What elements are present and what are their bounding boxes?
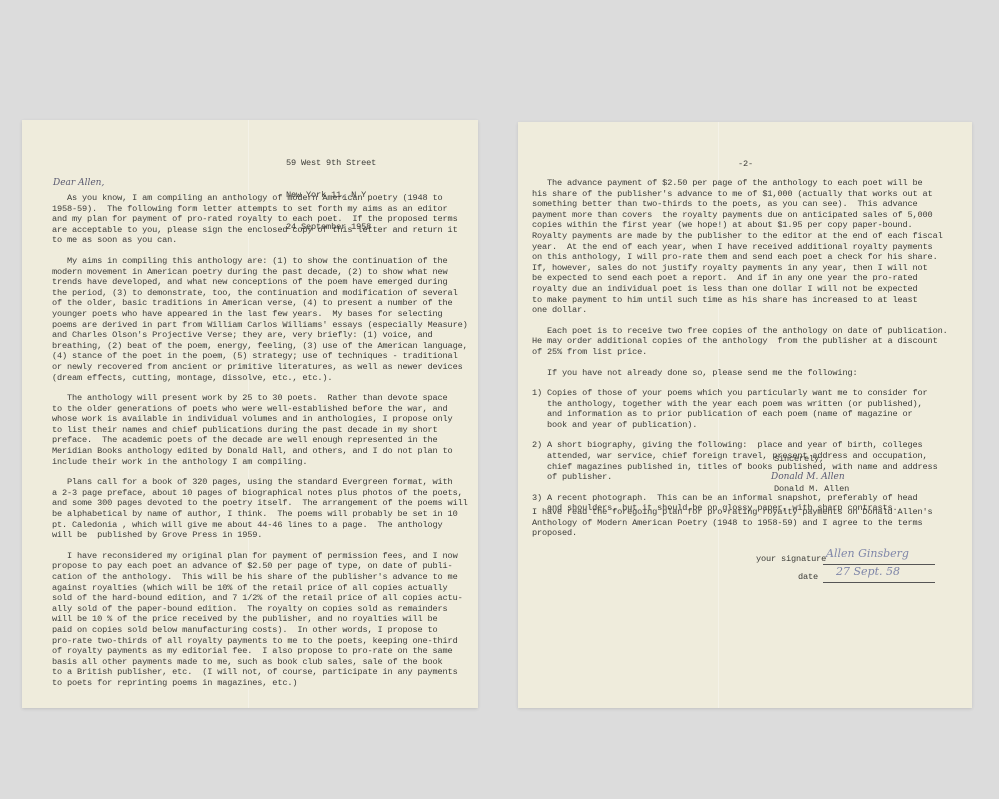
paragraph: Plans call for a book of 320 pages, usin… (52, 477, 468, 541)
text-line: If you have not already done so, please … (532, 368, 948, 379)
text-line: and information as to prior publication … (532, 409, 948, 420)
text-line: The advance payment of $2.50 per page of… (532, 178, 948, 189)
text-line: include their work in the anthology I am… (52, 457, 468, 468)
text-line: breathing, (2) beat of the poem, energy,… (52, 341, 468, 352)
text-line: to me as soon as you can. (52, 235, 468, 246)
date-line (823, 582, 935, 583)
text-line: the period, (3) to demonstrate, too, the… (52, 288, 468, 299)
paragraph: I have reconsidered my original plan for… (52, 551, 468, 689)
letter-body-page-1: As you know, I am compiling an anthology… (52, 193, 468, 689)
signature-value: Allen Ginsberg (826, 547, 909, 560)
text-line: something better than two-thirds to the … (532, 199, 948, 210)
text-line: the anthology, together with the year ea… (532, 399, 948, 410)
text-line: Royalty payments are made by the publish… (532, 231, 948, 242)
text-line: and my plan for payment of pro-rated roy… (52, 214, 468, 225)
closing: Sincerely, (774, 454, 824, 465)
handwritten-signature: Donald M. Allen (771, 472, 845, 482)
text-line: to a British publisher, etc. (I will not… (52, 667, 468, 678)
text-line: be alphabetical by name of author, I thi… (52, 509, 468, 520)
text-line: one dollar. (532, 305, 948, 316)
text-line: copies within the first year (we hope!) … (532, 220, 948, 231)
text-line: modern movement in American poetry durin… (52, 267, 468, 278)
text-line: sold of the hard-bound edition, and 7 1/… (52, 593, 468, 604)
letter-page-2: -2- The advance payment of $2.50 per pag… (518, 122, 972, 708)
text-line: and Charles Olson's Projective Verse; th… (52, 330, 468, 341)
text-line: book and year of publication). (532, 420, 948, 431)
text-line: of 25% from list price. (532, 347, 948, 358)
text-line: If, however, sales do not justify royalt… (532, 263, 948, 274)
text-line: to make payment to him until such time a… (532, 295, 948, 306)
text-line: of royalty payments as my editorial fee.… (52, 646, 468, 657)
agreement-statement: I have read the foregoing plan for pro-r… (532, 507, 933, 539)
text-line: of the older, basic traditions in Americ… (52, 298, 468, 309)
text-line: I have read the foregoing plan for pro-r… (532, 507, 933, 518)
text-line: pro-rate two-thirds of all royalty payme… (52, 636, 468, 647)
text-line: his share of the publisher's advance to … (532, 189, 948, 200)
text-line: or newly recovered from ancient or primi… (52, 362, 468, 373)
text-line: (4) stance of the poet in the poem, (5) … (52, 351, 468, 362)
typed-name: Donald M. Allen (774, 484, 849, 495)
text-line: 2) A short biography, giving the followi… (532, 440, 948, 451)
text-line: to the older generations of poets who we… (52, 404, 468, 415)
paragraph: I have read the foregoing plan for pro-r… (532, 507, 933, 539)
text-line: Plans call for a book of 320 pages, usin… (52, 477, 468, 488)
text-line: trends have developed, and what new conc… (52, 277, 468, 288)
text-line: payment more than covers the royalty pay… (532, 210, 948, 221)
paragraph: If you have not already done so, please … (532, 368, 948, 379)
address-street: 59 West 9th Street (286, 158, 376, 169)
text-line: proposed. (532, 528, 933, 539)
text-line: a 2-3 page preface, about 10 pages of bi… (52, 488, 468, 499)
text-line: (dream effects, cutting, montage, dissol… (52, 373, 468, 384)
text-line: As you know, I am compiling an anthology… (52, 193, 468, 204)
letter-body-page-2: The advance payment of $2.50 per page of… (532, 178, 948, 514)
text-line: will be 10 % of the price received by th… (52, 614, 468, 625)
paragraph: As you know, I am compiling an anthology… (52, 193, 468, 246)
text-line: and some 300 pages devoted to the poetry… (52, 498, 468, 509)
signature-label: your signature (756, 554, 826, 565)
text-line: basis all other payments made to me, suc… (52, 657, 468, 668)
date-value: 27 Sept. 58 (836, 565, 900, 578)
text-line: royalty due an individual poet is less t… (532, 284, 948, 295)
text-line: chief magazines published in, titles of … (532, 462, 948, 473)
text-line: younger poets who have appeared in the l… (52, 309, 468, 320)
text-line: year. At the end of each year, when I ha… (532, 242, 948, 253)
text-line: My aims in compiling this anthology are:… (52, 256, 468, 267)
paragraph: 2) A short biography, giving the followi… (532, 440, 948, 482)
text-line: will be published by Grove Press in 1959… (52, 530, 468, 541)
text-line: The anthology will present work by 25 to… (52, 393, 468, 404)
text-line: 1958-59). The following form letter atte… (52, 204, 468, 215)
paragraph: The anthology will present work by 25 to… (52, 393, 468, 467)
text-line: be expected to send each poet a report. … (532, 273, 948, 284)
date-label: date (798, 572, 818, 583)
text-line: I have reconsidered my original plan for… (52, 551, 468, 562)
letter-page-1: 59 West 9th Street New York 11, N.Y. 24 … (22, 120, 478, 708)
text-line: whose work is available in individual vo… (52, 414, 468, 425)
text-line: Anthology of Modern American Poetry (194… (532, 518, 933, 529)
paragraph: Each poet is to receive two free copies … (532, 326, 948, 358)
text-line: 3) A recent photograph. This can be an i… (532, 493, 948, 504)
paragraph: My aims in compiling this anthology are:… (52, 256, 468, 383)
page-number: -2- (738, 159, 753, 170)
text-line: He may order additional copies of the an… (532, 336, 948, 347)
text-line: Meridian Books anthology edited by Donal… (52, 446, 468, 457)
paragraph: The advance payment of $2.50 per page of… (532, 178, 948, 316)
salutation: Dear Allen, (53, 178, 104, 188)
text-line: paid on copies sold below manufacturing … (52, 625, 468, 636)
text-line: Each poet is to receive two free copies … (532, 326, 948, 337)
text-line: attended, war service, chief foreign tra… (532, 451, 948, 462)
text-line: of publisher. (532, 472, 948, 483)
text-line: against royalties (which will be 10% of … (52, 583, 468, 594)
text-line: preface. The academic poets of the decad… (52, 435, 468, 446)
text-line: poems are derived in part from William C… (52, 320, 468, 331)
paragraph: 1) Copies of those of your poems which y… (532, 388, 948, 430)
text-line: cation of the anthology. This will be hi… (52, 572, 468, 583)
text-line: to poets for reprinting poems in magazin… (52, 678, 468, 689)
text-line: 1) Copies of those of your poems which y… (532, 388, 948, 399)
text-line: to list their names and chief publicatio… (52, 425, 468, 436)
text-line: ally sold of the paper-bound edition. Th… (52, 604, 468, 615)
text-line: pt. Caledonia , which will give me about… (52, 520, 468, 531)
text-line: are acceptable to you, please sign the e… (52, 225, 468, 236)
text-line: propose to pay each poet an advance of $… (52, 561, 468, 572)
text-line: on this anthology, I will pro-rate them … (532, 252, 948, 263)
